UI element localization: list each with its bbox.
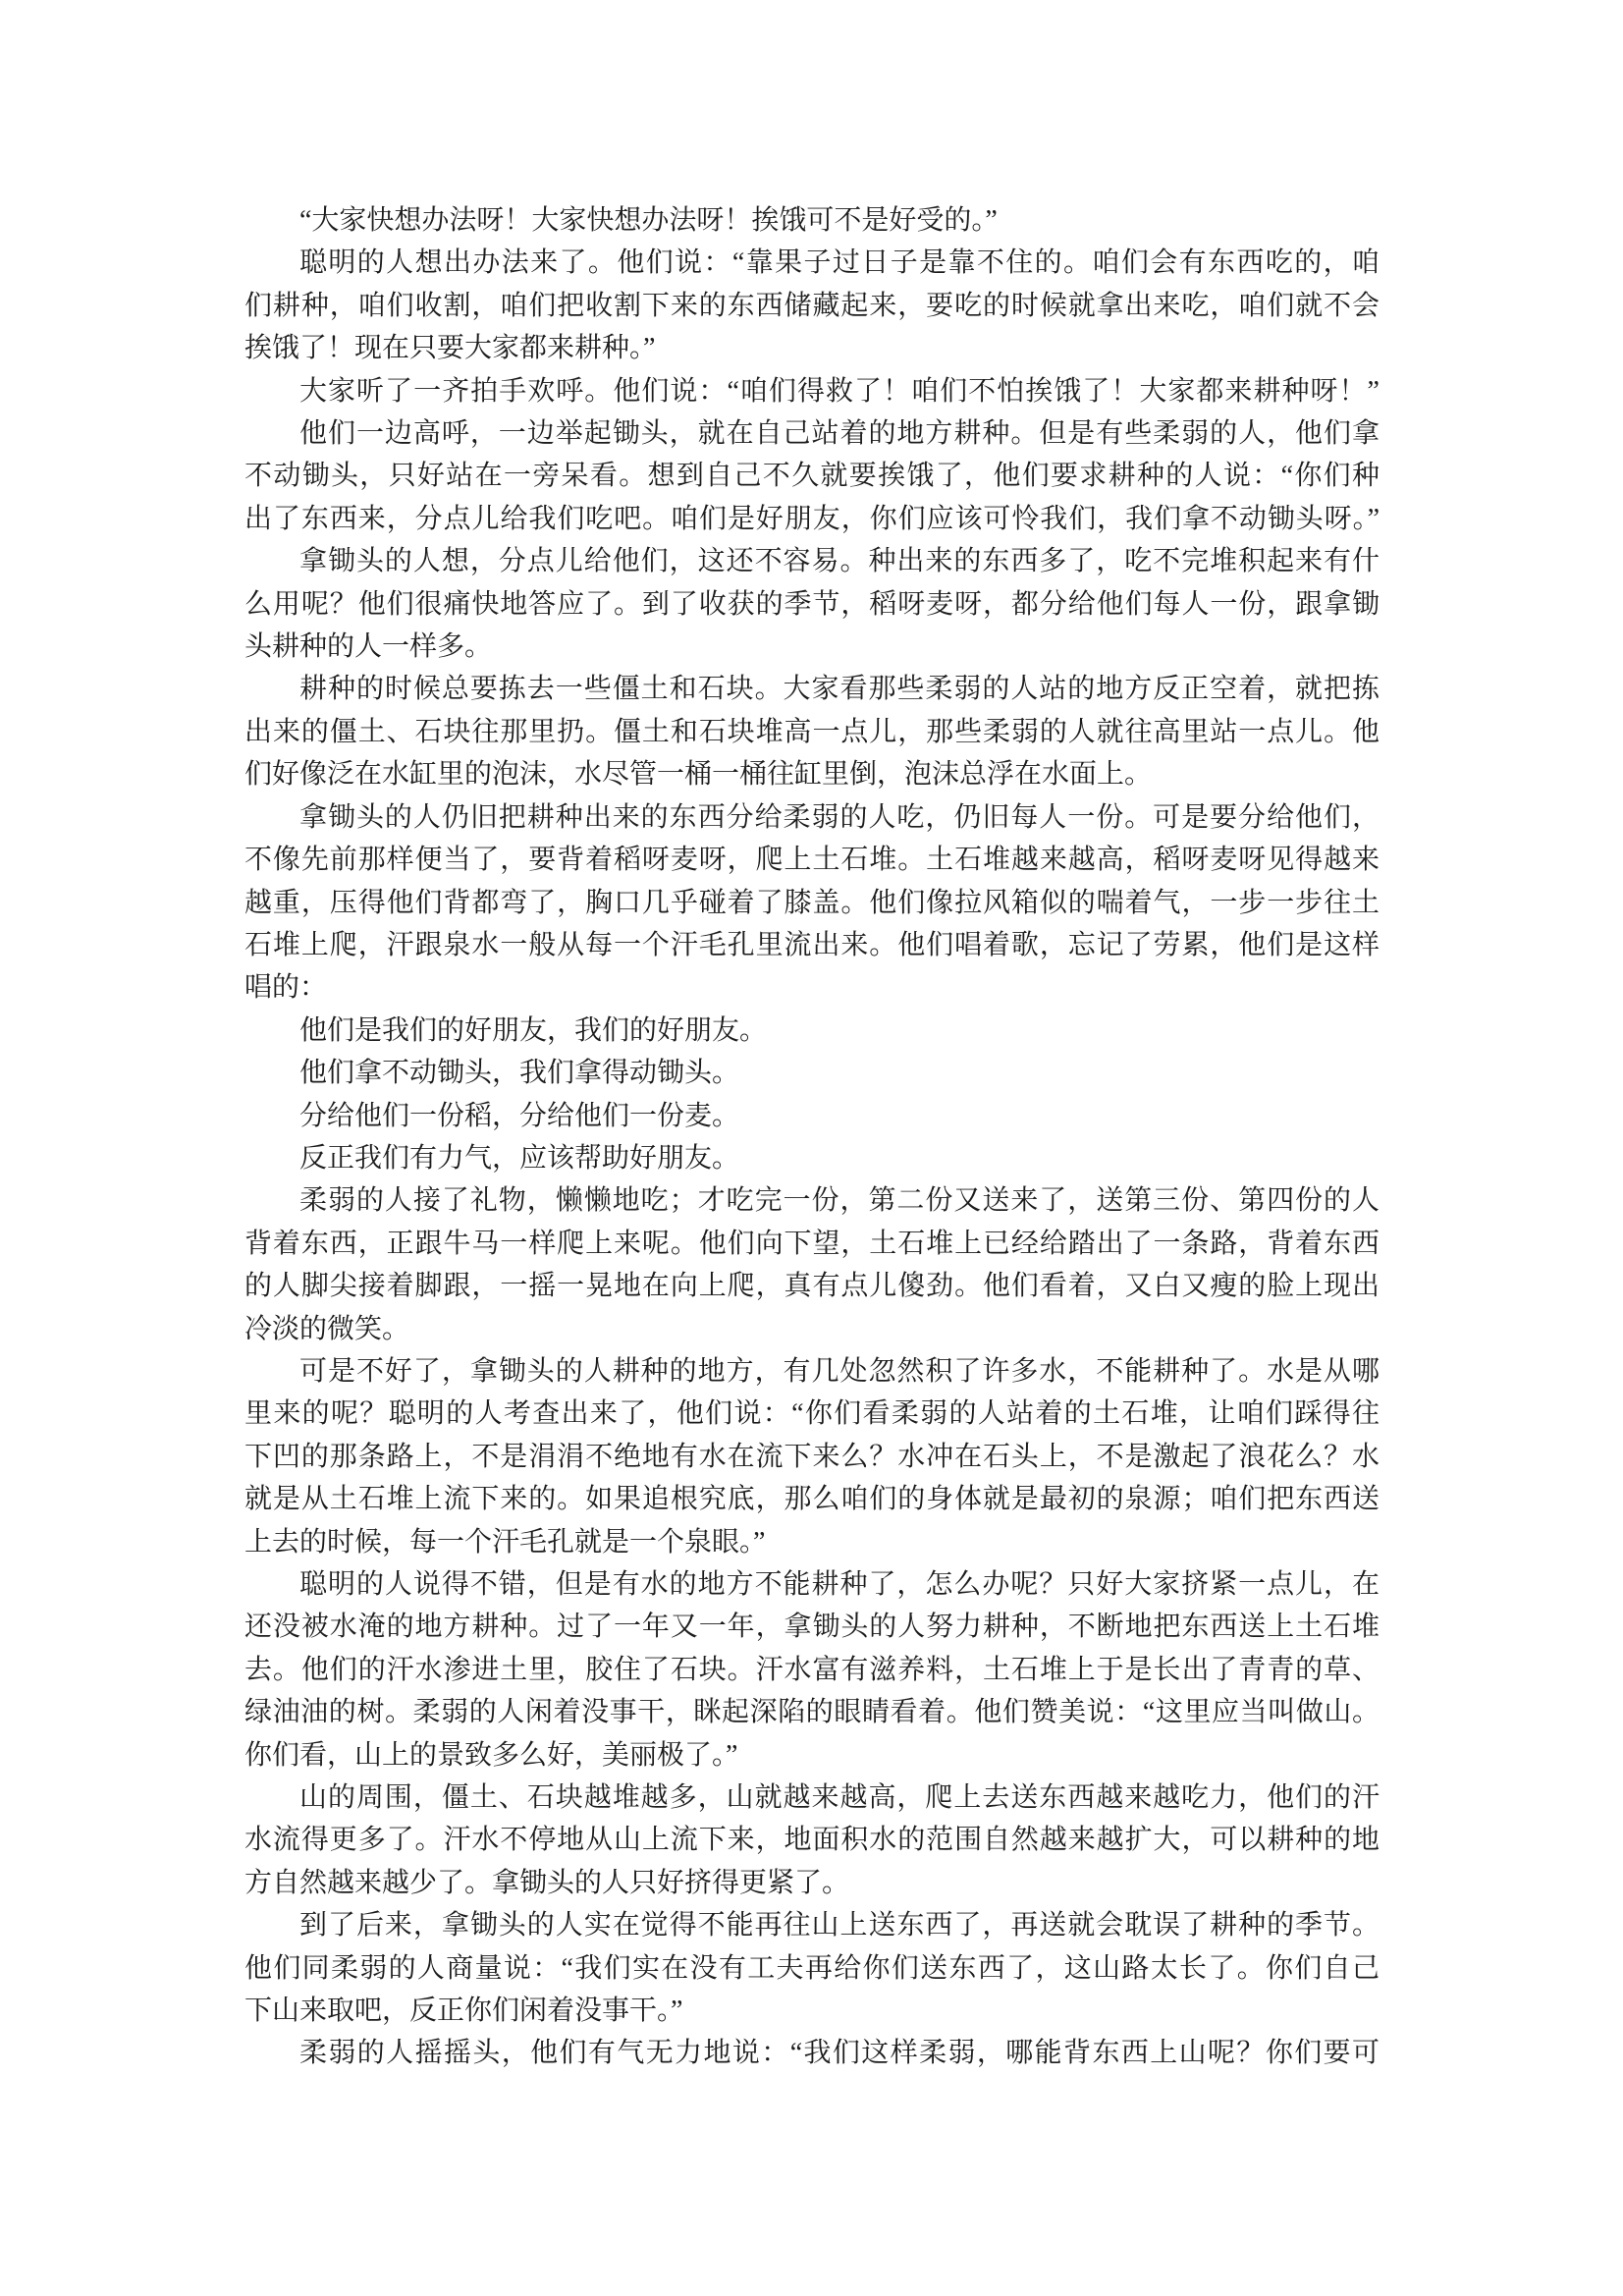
text-line: 里来的呢？聪明的人考查出来了，他们说：“你们看柔弱的人站着的土石堆，让咱们踩得往 [244, 1393, 1380, 1435]
text-line: 下山来取吧，反正你们闲着没事干。” [244, 1990, 1380, 2032]
text-line: 下凹的那条路上，不是涓涓不绝地有水在流下来么？水冲在石头上，不是激起了浪花么？水 [244, 1436, 1380, 1478]
text-line: 去。他们的汗水渗进土里，胶住了石块。汗水富有滋养料，土石堆上于是长出了青青的草、 [244, 1649, 1380, 1691]
text-line: 聪明的人说得不错，但是有水的地方不能耕种了，怎么办呢？只好大家挤紧一点儿，在 [244, 1563, 1380, 1606]
text-line: 柔弱的人摇摇头，他们有气无力地说：“我们这样柔弱，哪能背东西上山呢？你们要可 [244, 2032, 1380, 2074]
text-line: 冷淡的微笑。 [244, 1308, 1380, 1350]
text-line: 还没被水淹的地方耕种。过了一年又一年，拿锄头的人努力耕种，不断地把东西送上土石堆 [244, 1606, 1380, 1648]
text-line: 背着东西，正跟牛马一样爬上来呢。他们向下望，土石堆上已经给踏出了一条路，背着东西 [244, 1223, 1380, 1265]
text-line: 石堆上爬，汗跟泉水一般从每一个汗毛孔里流出来。他们唱着歌，忘记了劳累，他们是这样 [244, 924, 1380, 966]
text-line: 头耕种的人一样多。 [244, 626, 1380, 668]
text-line: 他们一边高呼，一边举起锄头，就在自己站着的地方耕种。但是有些柔弱的人，他们拿 [244, 412, 1380, 455]
text-line: 耕种的时候总要拣去一些僵土和石块。大家看那些柔弱的人站的地方反正空着，就把拣 [244, 668, 1380, 710]
text-line: 水流得更多了。汗水不停地从山上流下来，地面积水的范围自然越来越扩大，可以耕种的地 [244, 1819, 1380, 1861]
text-line: 越重，压得他们背都弯了，胸口几乎碰着了膝盖。他们像拉风箱似的喘着气，一步一步往土 [244, 882, 1380, 924]
text-line: 就是从土石堆上流下来的。如果追根究底，那么咱们的身体就是最初的泉源；咱们把东西送 [244, 1478, 1380, 1520]
text-line: 你们看，山上的景致多么好，美丽极了。” [244, 1734, 1380, 1777]
text-line: 们好像泛在水缸里的泡沫，水尽管一桶一桶往缸里倒，泡沫总浮在水面上。 [244, 753, 1380, 795]
document-text: “大家快想办法呀！大家快想办法呀！挨饿可不是好受的。”聪明的人想出办法来了。他们… [244, 199, 1380, 2075]
text-line: 挨饿了！现在只要大家都来耕种。” [244, 327, 1380, 369]
document-page: “大家快想办法呀！大家快想办法呀！挨饿可不是好受的。”聪明的人想出办法来了。他们… [0, 0, 1623, 2296]
text-line: 方自然越来越少了。拿锄头的人只好挤得更紧了。 [244, 1862, 1380, 1904]
text-line: 他们同柔弱的人商量说：“我们实在没有工夫再给你们送东西了，这山路太长了。你们自己 [244, 1947, 1380, 1990]
text-line: 大家听了一齐拍手欢呼。他们说：“咱们得救了！咱们不怕挨饿了！大家都来耕种呀！” [244, 370, 1380, 412]
text-line: 不像先前那样便当了，要背着稻呀麦呀，爬上土石堆。土石堆越来越高，稻呀麦呀见得越来 [244, 839, 1380, 881]
text-line: 拿锄头的人想，分点儿给他们，这还不容易。种出来的东西多了，吃不完堆积起来有什 [244, 540, 1380, 582]
text-line: 柔弱的人接了礼物，懒懒地吃；才吃完一份，第二份又送来了，送第三份、第四份的人 [244, 1179, 1380, 1222]
text-line: 绿油油的树。柔弱的人闲着没事干，眯起深陷的眼睛看着。他们赞美说：“这里应当叫做山… [244, 1691, 1380, 1733]
text-line: 唱的： [244, 966, 1380, 1009]
text-line: 他们是我们的好朋友，我们的好朋友。 [244, 1010, 1380, 1052]
text-line: 不动锄头，只好站在一旁呆看。想到自己不久就要挨饿了，他们要求耕种的人说：“你们种 [244, 455, 1380, 497]
text-line: 反正我们有力气，应该帮助好朋友。 [244, 1137, 1380, 1179]
text-line: 他们拿不动锄头，我们拿得动锄头。 [244, 1052, 1380, 1094]
text-line: 的人脚尖接着脚跟，一摇一晃地在向上爬，真有点儿傻劲。他们看着，又白又瘦的脸上现出 [244, 1265, 1380, 1307]
text-line: 拿锄头的人仍旧把耕种出来的东西分给柔弱的人吃，仍旧每人一份。可是要分给他们， [244, 796, 1380, 839]
text-line: “大家快想办法呀！大家快想办法呀！挨饿可不是好受的。” [244, 199, 1380, 242]
text-line: 们耕种，咱们收割，咱们把收割下来的东西储藏起来，要吃的时候就拿出来吃，咱们就不会 [244, 285, 1380, 327]
text-line: 山的周围，僵土、石块越堆越多，山就越来越高，爬上去送东西越来越吃力，他们的汗 [244, 1777, 1380, 1819]
text-line: 出来的僵土、石块往那里扔。僵土和石块堆高一点儿，那些柔弱的人就往高里站一点儿。他 [244, 711, 1380, 753]
text-line: 分给他们一份稻，分给他们一份麦。 [244, 1095, 1380, 1137]
text-line: 可是不好了，拿锄头的人耕种的地方，有几处忽然积了许多水，不能耕种了。水是从哪 [244, 1350, 1380, 1393]
text-line: 上去的时候，每一个汗毛孔就是一个泉眼。” [244, 1521, 1380, 1563]
text-line: 么用呢？他们很痛快地答应了。到了收获的季节，稻呀麦呀，都分给他们每人一份，跟拿锄 [244, 583, 1380, 626]
text-line: 出了东西来，分点儿给我们吃吧。咱们是好朋友，你们应该可怜我们，我们拿不动锄头呀。… [244, 498, 1380, 540]
text-line: 聪明的人想出办法来了。他们说：“靠果子过日子是靠不住的。咱们会有东西吃的，咱 [244, 242, 1380, 284]
text-line: 到了后来，拿锄头的人实在觉得不能再往山上送东西了，再送就会耽误了耕种的季节。 [244, 1904, 1380, 1946]
